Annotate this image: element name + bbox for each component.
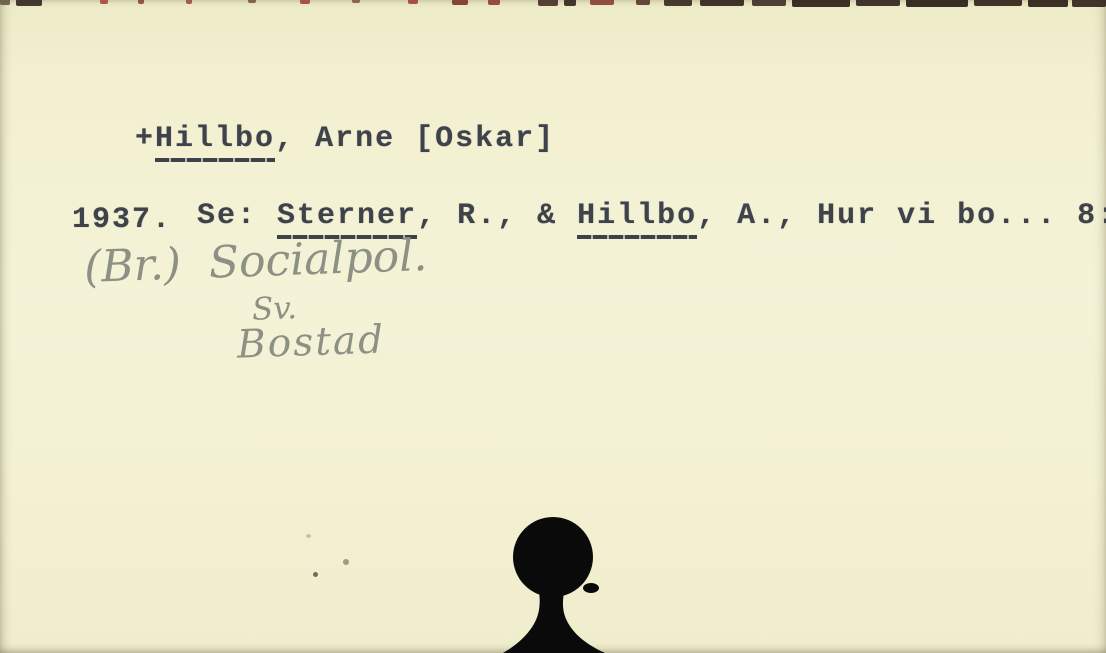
top-edge-mark [792, 0, 850, 7]
top-edge-mark [0, 0, 10, 5]
top-edge-mark [700, 0, 744, 6]
top-edge-mark [752, 0, 786, 6]
top-edge-mark [590, 0, 614, 5]
rod-hole-punch [493, 515, 613, 653]
top-edge-mark [186, 0, 192, 4]
reference-title-format: , A., Hur vi bo... 8:o [697, 199, 1106, 233]
added-entry-plus-mark: + [135, 122, 155, 156]
rod-hole-shape [503, 517, 605, 653]
top-edge-mark [408, 0, 418, 4]
top-edge-mark [636, 0, 650, 5]
entry-forenames: , Arne [Oskar] [275, 122, 555, 156]
card-top-edge-marks [0, 0, 1106, 9]
top-edge-mark [906, 0, 968, 7]
top-edge-mark [248, 0, 256, 3]
see-label: Se: [197, 199, 277, 233]
top-edge-mark [564, 0, 576, 6]
paper-speck [313, 572, 318, 577]
paper-speck [306, 534, 311, 538]
publication-year: 1937. [72, 203, 172, 237]
entry-surname: Hillbo [155, 122, 275, 162]
handwritten-subject-note: Bostad [236, 317, 386, 367]
top-edge-mark [138, 0, 144, 4]
top-edge-mark [1028, 0, 1068, 7]
top-edge-mark [100, 0, 108, 4]
top-edge-mark [16, 0, 42, 6]
handwritten-classification-note: (Br.) Socialpol. [83, 230, 428, 293]
reference-middle-text: , R., & [417, 199, 577, 233]
referenced-author-2: Hillbo [577, 199, 697, 239]
paper-speck [343, 559, 349, 565]
catalog-card: +Hillbo, Arne [Oskar] Se: Sterner, R., &… [0, 0, 1106, 653]
top-edge-mark [452, 0, 468, 5]
top-edge-mark [300, 0, 310, 4]
top-edge-mark [974, 0, 1022, 6]
top-edge-mark [1072, 0, 1106, 7]
top-edge-mark [538, 0, 558, 6]
top-edge-mark [488, 0, 500, 5]
top-edge-mark [856, 0, 900, 6]
top-edge-mark [352, 0, 360, 3]
top-edge-mark [664, 0, 692, 6]
